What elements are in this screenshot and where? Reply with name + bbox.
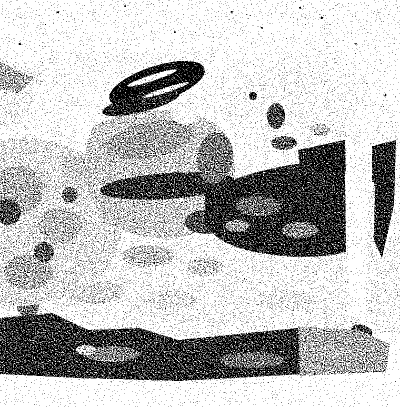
halftone-photo: Grainy black-and-white halftone newspape… — [0, 0, 400, 407]
bottom-margin — [0, 384, 400, 407]
scanned-page: Grainy black-and-white halftone newspape… — [0, 0, 400, 407]
halftone-photo-canvas: Grainy black-and-white halftone newspape… — [0, 0, 400, 407]
hatch-overlay — [0, 0, 400, 407]
